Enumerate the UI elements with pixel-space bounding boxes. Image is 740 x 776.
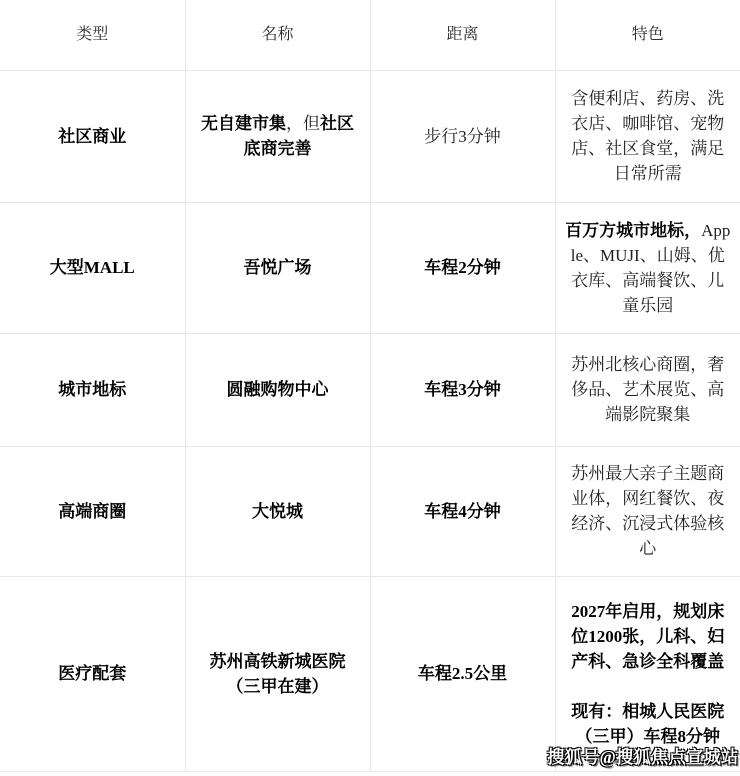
table-row: 医疗配套 苏州高铁新城医院 （三甲在建） 车程2.5公里 2027年启用，规划床… [0, 576, 740, 771]
header-row: 类型 名称 距离 特色 [0, 0, 740, 70]
cell-feature: 含便利店、药房、洗衣店、咖啡馆、宠物店、社区食堂，满足日常所需 [555, 70, 740, 202]
cell-distance: 车程3分钟 [370, 333, 555, 446]
feature-paragraph-1: 2027年启用，规划床位1200张，儿科、妇产科、急诊全科覆盖 [565, 599, 732, 674]
table-row: 社区商业 无自建市集，但社区底商完善 步行3分钟 含便利店、药房、洗衣店、咖啡馆… [0, 70, 740, 202]
table-row: 大型MALL 吾悦广场 车程2分钟 百万方城市地标，Apple、MUJI、山姆、… [0, 202, 740, 333]
cell-feature: 百万方城市地标，Apple、MUJI、山姆、优衣库、高端餐饮、儿童乐园 [555, 202, 740, 333]
cell-distance: 车程4分钟 [370, 446, 555, 576]
header-type: 类型 [0, 0, 185, 70]
cell-type: 社区商业 [0, 70, 185, 202]
name-line-2: （三甲在建） [227, 677, 329, 696]
cell-name: 苏州高铁新城医院 （三甲在建） [185, 576, 370, 771]
cell-distance: 车程2分钟 [370, 202, 555, 333]
cell-type: 医疗配套 [0, 576, 185, 771]
cell-feature: 2027年启用，规划床位1200张，儿科、妇产科、急诊全科覆盖 现有：相城人民医… [555, 576, 740, 771]
header-distance: 距离 [370, 0, 555, 70]
amenities-table: 类型 名称 距离 特色 社区商业 无自建市集，但社区底商完善 步行3分钟 含便利… [0, 0, 740, 772]
cell-name: 吾悦广场 [185, 202, 370, 333]
sohu-watermark: 搜狐号@搜狐焦点宣城站 [547, 744, 738, 769]
cell-distance: 车程2.5公里 [370, 576, 555, 771]
cell-distance: 步行3分钟 [370, 70, 555, 202]
name-segment-bold: 无自建市集 [201, 114, 286, 133]
name-segment-regular: ，但 [286, 114, 320, 133]
feature-segment-bold: 百万方城市地标， [565, 221, 701, 240]
cell-name: 圆融购物中心 [185, 333, 370, 446]
cell-type: 大型MALL [0, 202, 185, 333]
header-feature: 特色 [555, 0, 740, 70]
cell-name: 大悦城 [185, 446, 370, 576]
feature-paragraph-2: 现有：相城人民医院（三甲）车程8分钟 [565, 699, 732, 749]
cell-name: 无自建市集，但社区底商完善 [185, 70, 370, 202]
table-row: 城市地标 圆融购物中心 车程3分钟 苏州北核心商圈，奢侈品、艺术展览、高端影院聚… [0, 333, 740, 446]
table-row: 高端商圈 大悦城 车程4分钟 苏州最大亲子主题商业体，网红餐饮、夜经济、沉浸式体… [0, 446, 740, 576]
name-line-1: 苏州高铁新城医院 [210, 652, 346, 671]
header-name: 名称 [185, 0, 370, 70]
cell-type: 高端商圈 [0, 446, 185, 576]
cell-feature: 苏州最大亲子主题商业体，网红餐饮、夜经济、沉浸式体验核心 [555, 446, 740, 576]
cell-feature: 苏州北核心商圈，奢侈品、艺术展览、高端影院聚集 [555, 333, 740, 446]
cell-type: 城市地标 [0, 333, 185, 446]
